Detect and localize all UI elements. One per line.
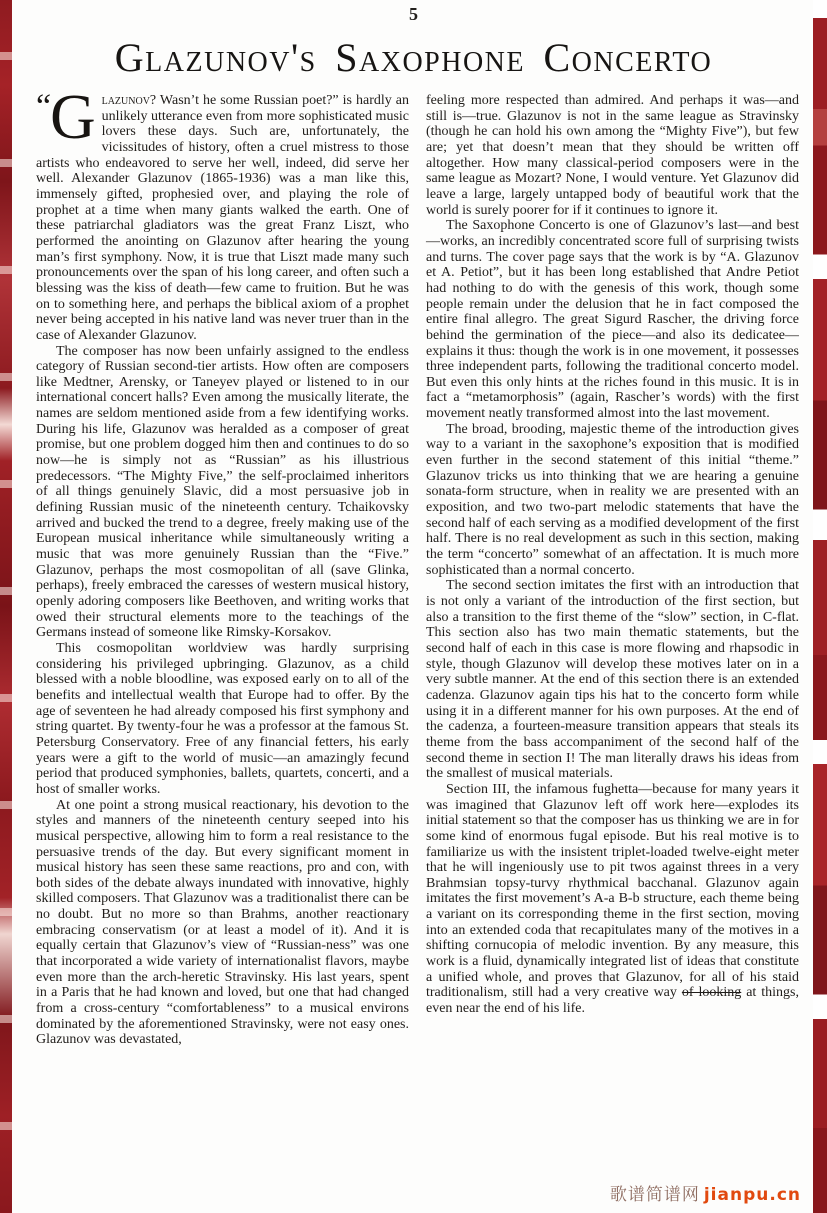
- paragraph: The second section imitates the first wi…: [426, 578, 799, 782]
- watermark-site-url: jianpu.cn: [704, 1185, 801, 1205]
- watermark-site-name: 歌谱简谱网: [610, 1185, 700, 1205]
- paragraph: At one point a strong musical reactionar…: [36, 798, 409, 1049]
- opening-quote-mark: “: [36, 95, 47, 119]
- paragraph: The broad, brooding, majestic theme of t…: [426, 422, 799, 579]
- scan-edge-right: [813, 0, 827, 1213]
- drop-cap-letter: G: [50, 95, 96, 140]
- closing-text-pre: Section III, the infamous fughetta—becau…: [426, 782, 799, 1001]
- paragraph: This cosmopolitan worldview was hardly s…: [36, 641, 409, 798]
- paragraph-opening: “Glazunov? Wasn’t he some Russian poet?”…: [36, 93, 409, 344]
- paragraph: The Saxophone Concerto is one of Glazuno…: [426, 218, 799, 422]
- scan-edge-left: [0, 0, 12, 1213]
- page-number: 5: [0, 4, 827, 25]
- article-title: Glazunov's Saxophone Concerto: [0, 34, 827, 81]
- scanned-document-page: 5 Glazunov's Saxophone Concerto “Glazuno…: [0, 0, 827, 1213]
- closing-text-struck: of looking: [682, 985, 741, 1000]
- article-body: “Glazunov? Wasn’t he some Russian poet?”…: [36, 93, 799, 1189]
- opening-smallcaps: lazunov?: [102, 93, 157, 108]
- paragraph: The composer has now been unfairly assig…: [36, 344, 409, 641]
- paragraph-closing: Section III, the infamous fughetta—becau…: [426, 782, 799, 1017]
- paragraph-continuation: feeling more respected than admired. And…: [426, 93, 799, 218]
- drop-cap-block: “G: [36, 95, 96, 140]
- left-column: “Glazunov? Wasn’t he some Russian poet?”…: [36, 93, 409, 1189]
- watermark: 歌谱简谱网jianpu.cn: [610, 1180, 801, 1205]
- right-column: feeling more respected than admired. And…: [426, 93, 799, 1189]
